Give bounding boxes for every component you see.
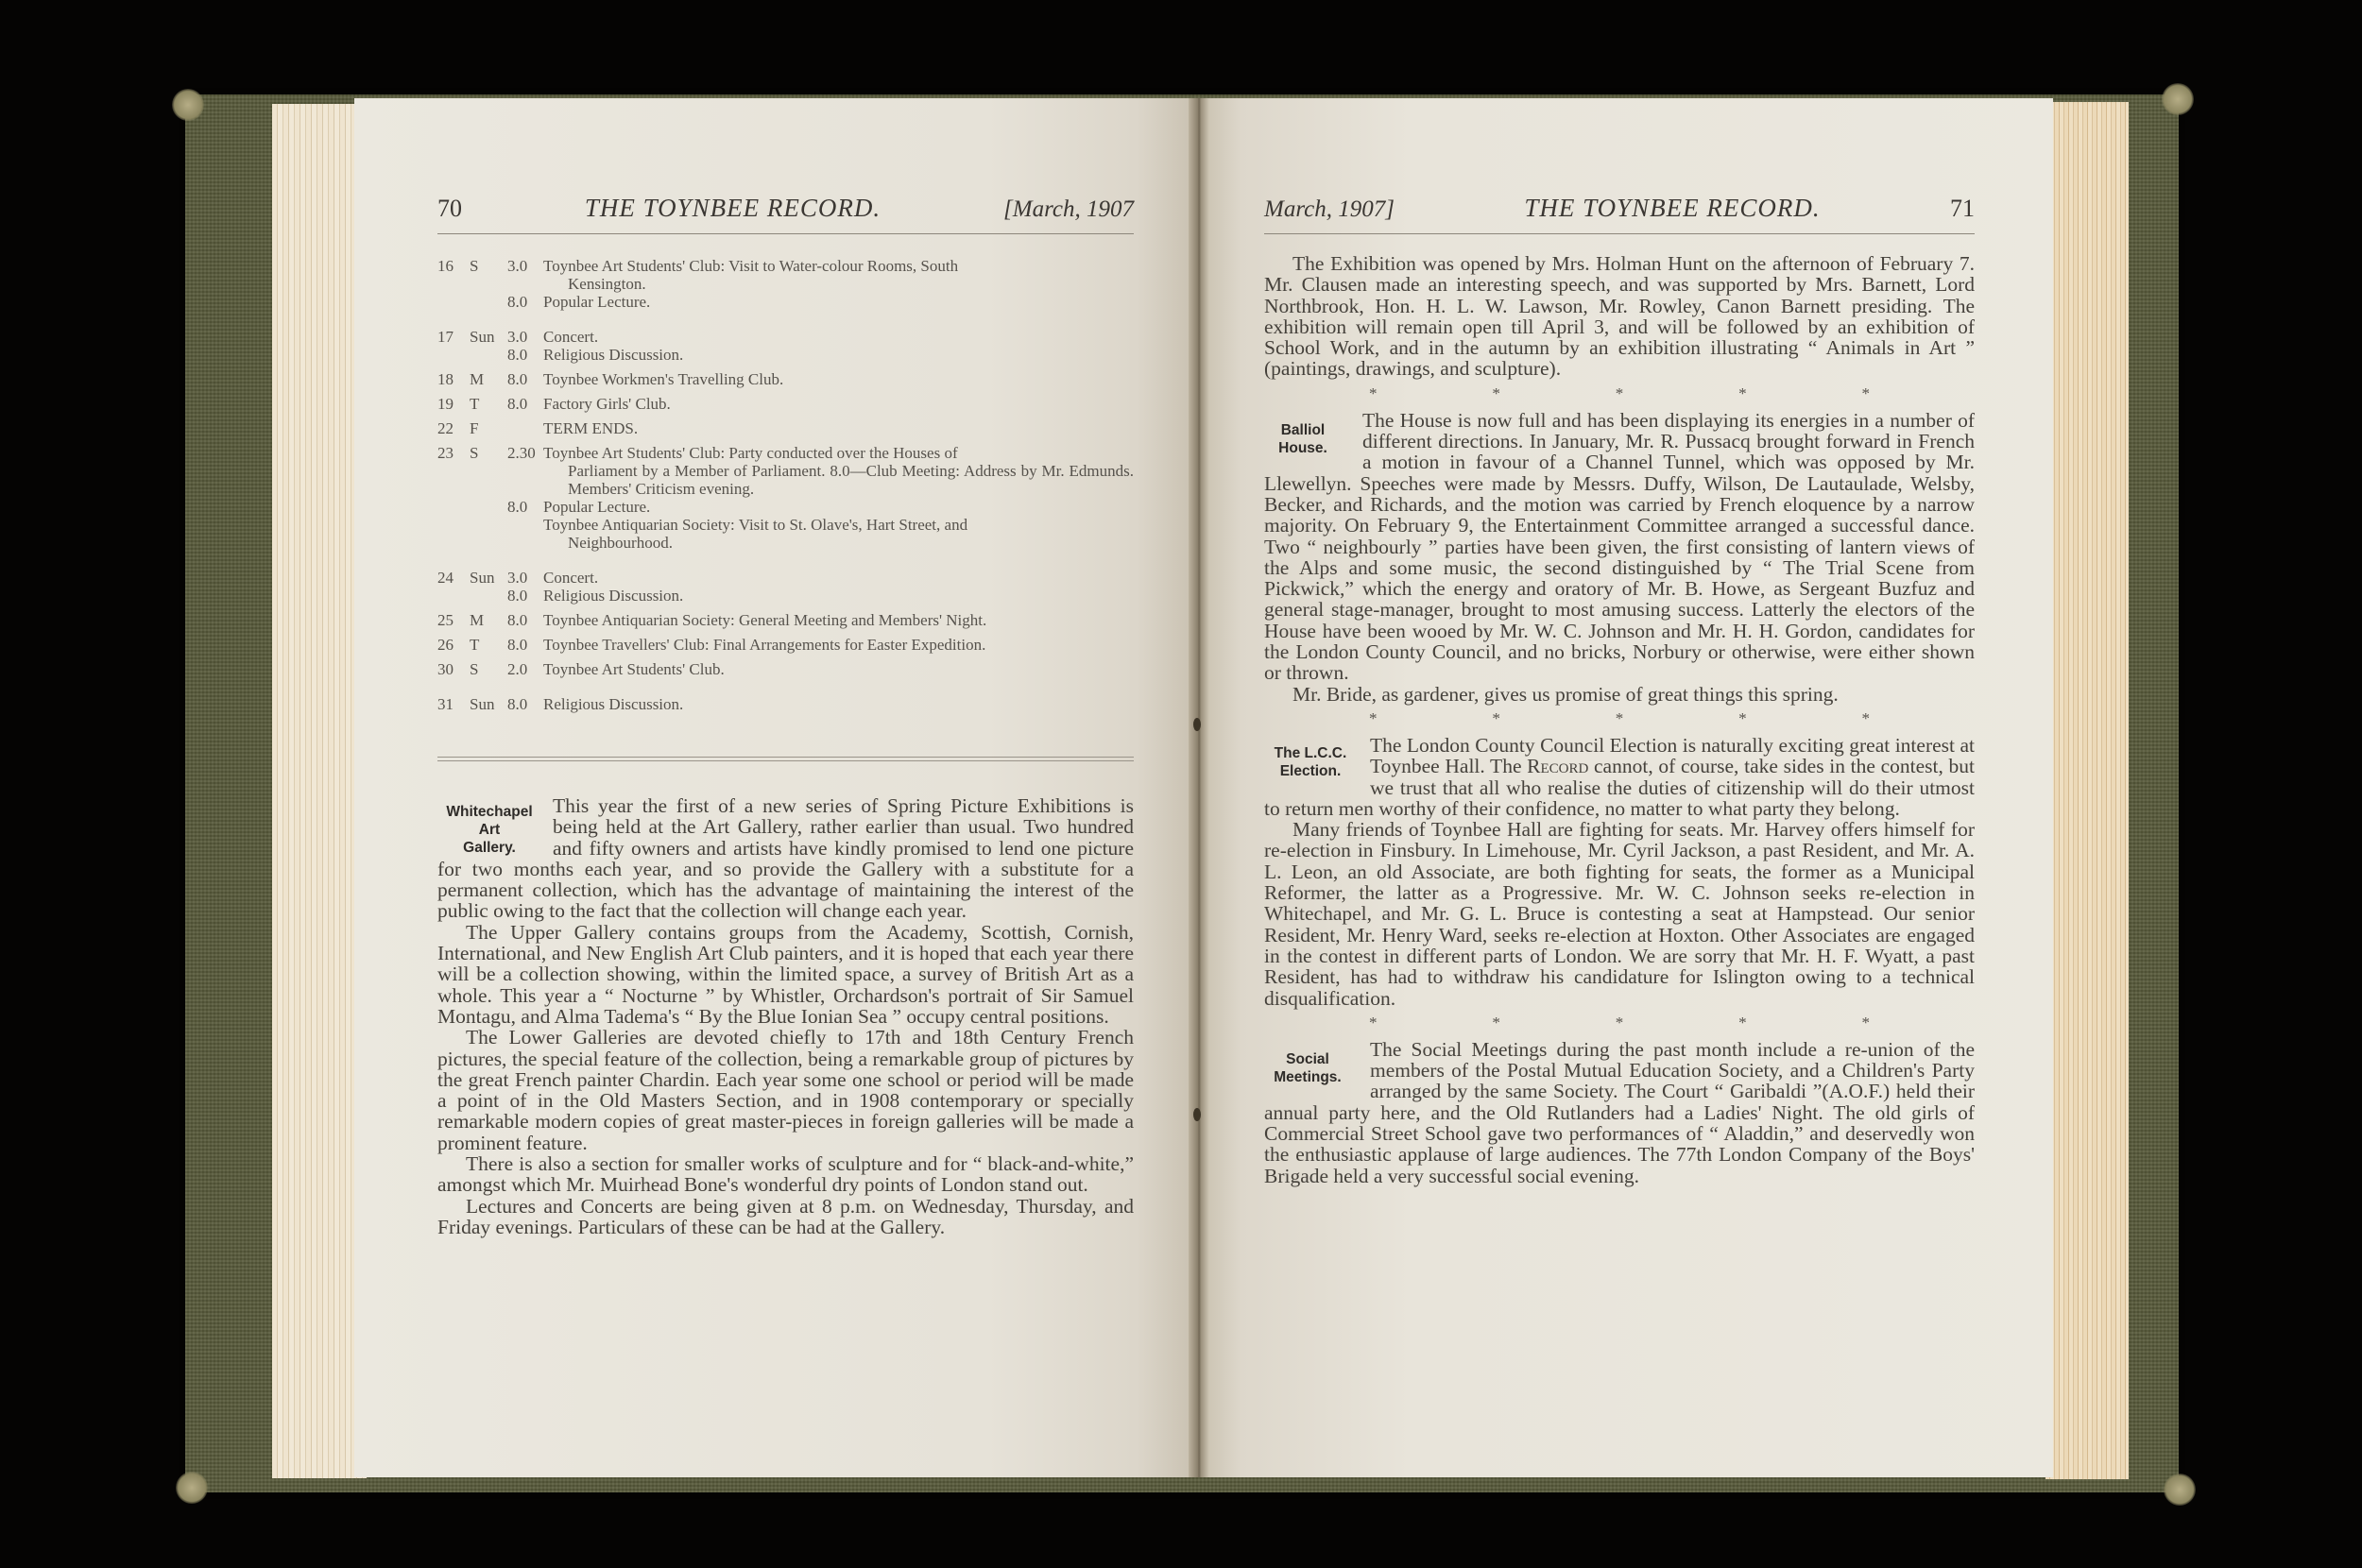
side-heading-line: Social <box>1264 1050 1351 1068</box>
calendar-entry: 16S3.0Toynbee Art Students' Club: Visit … <box>437 257 1134 293</box>
balliol-article: Balliol House. The House is now full and… <box>1264 410 1975 705</box>
side-heading-line: Balliol <box>1264 421 1342 439</box>
calendar-event-text: Popular Lecture. <box>543 293 650 311</box>
calendar-weekday <box>470 498 507 516</box>
paragraph: There is also a section for smaller work… <box>437 1153 1134 1196</box>
side-heading-line: Whitechapel <box>437 803 541 821</box>
calendar-time: 2.30 <box>507 444 543 498</box>
star: * <box>1369 1013 1378 1033</box>
calendar-event-text: Concert. <box>543 328 598 346</box>
frayed-corner-bottom-right <box>2164 1474 2196 1506</box>
calendar-day-number: 31 <box>437 695 470 713</box>
calendar-time: 2.0 <box>507 660 543 678</box>
star: * <box>1616 383 1624 404</box>
calendar-time: 8.0 <box>507 636 543 654</box>
book-gutter <box>1189 98 1209 1477</box>
calendar-day-number <box>437 587 470 605</box>
issue-date-text: [March, 1907 <box>1003 196 1134 222</box>
calendar-time: 8.0 <box>507 293 543 311</box>
calendar-weekday: S <box>470 660 507 678</box>
calendar-weekday: M <box>470 611 507 629</box>
issue-date-text: March, 1907] <box>1264 196 1395 222</box>
side-heading-lcc: The L.C.C. Election. <box>1264 735 1357 780</box>
calendar-weekday <box>470 346 507 364</box>
calendar-time: 8.0 <box>507 346 543 364</box>
paragraph: The House is now full and has been displ… <box>1264 410 1975 684</box>
section-divider-stars: * * * * * <box>1264 383 1975 404</box>
calendar-entry: 17Sun3.0Concert. <box>437 328 1134 346</box>
calendar-entry: 30S2.0Toynbee Art Students' Club. <box>437 660 1134 678</box>
calendar-time: 8.0 <box>507 695 543 713</box>
star: * <box>1616 1013 1624 1033</box>
events-calendar: 16S3.0Toynbee Art Students' Club: Visit … <box>437 257 1134 713</box>
star: * <box>1369 708 1378 729</box>
calendar-entry: 22FTERM ENDS. <box>437 419 1134 437</box>
calendar-event-text: Popular Lecture. <box>543 498 650 516</box>
calendar-day-number: 19 <box>437 395 470 413</box>
calendar-day-number: 17 <box>437 328 470 346</box>
paragraph: This year the first of a new series of S… <box>437 795 1134 922</box>
running-header: 70 THE TOYNBEE RECORD. [March, 1907 <box>437 194 1134 224</box>
side-heading-line: Election. <box>1264 762 1357 780</box>
calendar-day-number: 30 <box>437 660 470 678</box>
exhibition-article: The Exhibition was opened by Mrs. Holman… <box>1264 253 1975 380</box>
star: * <box>1492 708 1500 729</box>
paragraph: Many friends of Toynbee Hall are fightin… <box>1264 819 1975 1009</box>
calendar-weekday: T <box>470 395 507 413</box>
running-header: March, 1907] THE TOYNBEE RECORD. 71 <box>1264 194 1975 224</box>
calendar-event: Toynbee Workmen's Travelling Club. <box>543 370 1134 388</box>
calendar-day-number <box>437 346 470 364</box>
calendar-event: Popular Lecture. <box>543 293 1134 311</box>
whitechapel-article: Whitechapel Art Gallery. This year the f… <box>437 795 1134 1237</box>
calendar-event-text: Toynbee Art Students' Club: Party conduc… <box>543 444 958 462</box>
header-rule <box>1264 233 1975 234</box>
binding-stitch <box>1193 718 1201 731</box>
calendar-event-text: Religious Discussion. <box>543 587 683 605</box>
right-page-content: March, 1907] THE TOYNBEE RECORD. 71 The … <box>1264 194 1975 1186</box>
paragraph: The Upper Gallery contains groups from t… <box>437 922 1134 1027</box>
calendar-time: 8.0 <box>507 395 543 413</box>
star: * <box>1738 383 1747 404</box>
issue-date: March, 1907] <box>1264 196 1395 223</box>
calendar-weekday: F <box>470 419 507 437</box>
calendar-event-text: Toynbee Antiquarian Society: Visit to St… <box>543 516 967 534</box>
frayed-corner-top-right <box>2162 83 2194 115</box>
calendar-entry: 8.0Religious Discussion. <box>437 346 1134 364</box>
star: * <box>1862 383 1871 404</box>
calendar-event: Religious Discussion. <box>543 587 1134 605</box>
calendar-event: TERM ENDS. <box>543 419 1134 437</box>
calendar-weekday <box>470 516 507 552</box>
calendar-weekday: Sun <box>470 569 507 587</box>
calendar-event: Toynbee Antiquarian Society: General Mee… <box>543 611 1134 629</box>
star: * <box>1738 708 1747 729</box>
star: * <box>1862 708 1871 729</box>
calendar-time: 3.0 <box>507 328 543 346</box>
running-title: THE TOYNBEE RECORD. <box>585 194 881 223</box>
calendar-event: Religious Discussion. <box>543 346 1134 364</box>
calendar-entry: Toynbee Antiquarian Society: Visit to St… <box>437 516 1134 552</box>
calendar-entry: 23S2.30Toynbee Art Students' Club: Party… <box>437 444 1134 498</box>
star: * <box>1369 383 1378 404</box>
calendar-event: Religious Discussion. <box>543 695 1134 713</box>
calendar-day-number: 25 <box>437 611 470 629</box>
star: * <box>1862 1013 1871 1033</box>
calendar-entry: 24Sun3.0Concert. <box>437 569 1134 587</box>
paragraph: Lectures and Concerts are being given at… <box>437 1196 1134 1238</box>
calendar-day-number <box>437 498 470 516</box>
calendar-event-text: Toynbee Art Students' Club. <box>543 660 725 678</box>
calendar-time: 8.0 <box>507 587 543 605</box>
left-page-content: 70 THE TOYNBEE RECORD. [March, 1907 16S3… <box>437 194 1134 1237</box>
calendar-entry: 18M8.0Toynbee Workmen's Travelling Club. <box>437 370 1134 388</box>
paragraph: The Exhibition was opened by Mrs. Holman… <box>1264 253 1975 380</box>
star: * <box>1616 708 1624 729</box>
calendar-weekday: T <box>470 636 507 654</box>
page-number: 71 <box>1950 195 1975 223</box>
star: * <box>1738 1013 1747 1033</box>
frayed-corner-bottom-left <box>176 1472 208 1504</box>
calendar-entry: 31Sun8.0Religious Discussion. <box>437 695 1134 713</box>
page-edges-right <box>2045 102 2129 1479</box>
calendar-day-number: 26 <box>437 636 470 654</box>
calendar-day-number: 16 <box>437 257 470 293</box>
social-meetings-article: Social Meetings. The Social Meetings dur… <box>1264 1039 1975 1186</box>
calendar-event-text: Concert. <box>543 569 598 587</box>
calendar-event-text: Toynbee Travellers' Club: Final Arrangem… <box>543 636 985 654</box>
section-divider-stars: * * * * * <box>1264 708 1975 729</box>
paragraph: The London County Council Election is na… <box>1264 735 1975 819</box>
calendar-event-text: Toynbee Workmen's Travelling Club. <box>543 370 783 388</box>
calendar-weekday <box>470 293 507 311</box>
calendar-weekday <box>470 587 507 605</box>
calendar-event: Toynbee Art Students' Club: Visit to Wat… <box>543 257 1134 293</box>
calendar-event-text: Toynbee Art Students' Club: Visit to Wat… <box>543 257 958 275</box>
calendar-weekday: M <box>470 370 507 388</box>
calendar-event-text: Factory Girls' Club. <box>543 395 671 413</box>
side-heading-balliol: Balliol House. <box>1264 410 1342 457</box>
calendar-day-number: 18 <box>437 370 470 388</box>
paragraph: Mr. Bride, as gardener, gives us promise… <box>1264 684 1975 705</box>
star: * <box>1492 383 1500 404</box>
calendar-entry: 19T8.0Factory Girls' Club. <box>437 395 1134 413</box>
calendar-time: 3.0 <box>507 569 543 587</box>
calendar-event-continuation: Kensington. <box>543 275 1134 293</box>
record-small-caps: Record <box>1527 755 1588 777</box>
side-heading-whitechapel: Whitechapel Art Gallery. <box>437 795 541 857</box>
calendar-time: 3.0 <box>507 257 543 293</box>
calendar-event: Factory Girls' Club. <box>543 395 1134 413</box>
calendar-day-number <box>437 516 470 552</box>
calendar-day-number: 24 <box>437 569 470 587</box>
calendar-event-continuation: Neighbourhood. <box>543 534 1134 552</box>
calendar-entry: 8.0Religious Discussion. <box>437 587 1134 605</box>
calendar-entry: 25M8.0Toynbee Antiquarian Society: Gener… <box>437 611 1134 629</box>
calendar-event: Toynbee Travellers' Club: Final Arrangem… <box>543 636 1134 654</box>
calendar-time: 8.0 <box>507 498 543 516</box>
side-heading-line: Meetings. <box>1264 1068 1351 1086</box>
section-divider-stars: * * * * * <box>1264 1013 1975 1033</box>
calendar-event: Toynbee Antiquarian Society: Visit to St… <box>543 516 1134 552</box>
side-heading-line: Gallery. <box>437 839 541 857</box>
page-number: 70 <box>437 195 462 223</box>
calendar-event-text: Toynbee Antiquarian Society: General Mee… <box>543 611 986 629</box>
calendar-event-text: Religious Discussion. <box>543 695 683 713</box>
calendar-weekday: Sun <box>470 328 507 346</box>
calendar-event: Concert. <box>543 569 1134 587</box>
page-edges-left <box>272 104 367 1478</box>
lcc-election-article: The L.C.C. Election. The London County C… <box>1264 735 1975 1009</box>
side-heading-social: Social Meetings. <box>1264 1039 1351 1086</box>
calendar-event-text: Religious Discussion. <box>543 346 683 364</box>
side-heading-line: Art <box>437 821 541 839</box>
calendar-event: Concert. <box>543 328 1134 346</box>
calendar-time: 8.0 <box>507 370 543 388</box>
calendar-day-number <box>437 293 470 311</box>
calendar-time <box>507 419 543 437</box>
issue-date: [March, 1907 <box>1003 196 1134 223</box>
frayed-corner-top-left <box>172 89 204 121</box>
paragraph: The Social Meetings during the past mont… <box>1264 1039 1975 1186</box>
calendar-day-number: 22 <box>437 419 470 437</box>
calendar-day-number: 23 <box>437 444 470 498</box>
calendar-event: Popular Lecture. <box>543 498 1134 516</box>
binding-stitch <box>1193 1108 1201 1121</box>
calendar-entry: 26T8.0Toynbee Travellers' Club: Final Ar… <box>437 636 1134 654</box>
calendar-entry: 8.0Popular Lecture. <box>437 498 1134 516</box>
running-title: THE TOYNBEE RECORD. <box>1524 194 1820 223</box>
calendar-event: Toynbee Art Students' Club: Party conduc… <box>543 444 1134 498</box>
calendar-event: Toynbee Art Students' Club. <box>543 660 1134 678</box>
calendar-time: 8.0 <box>507 611 543 629</box>
side-heading-line: House. <box>1264 439 1342 457</box>
calendar-event-continuation: Parliament by a Member of Parliament. 8.… <box>543 462 1134 498</box>
section-double-rule <box>437 757 1134 761</box>
calendar-event-text: TERM ENDS. <box>543 419 638 437</box>
header-rule <box>437 233 1134 234</box>
star: * <box>1492 1013 1500 1033</box>
calendar-weekday: S <box>470 257 507 293</box>
paragraph: The Lower Galleries are devoted chiefly … <box>437 1027 1134 1153</box>
calendar-entry: 8.0Popular Lecture. <box>437 293 1134 311</box>
calendar-weekday: Sun <box>470 695 507 713</box>
calendar-time <box>507 516 543 552</box>
calendar-weekday: S <box>470 444 507 498</box>
side-heading-line: The L.C.C. <box>1264 744 1357 762</box>
